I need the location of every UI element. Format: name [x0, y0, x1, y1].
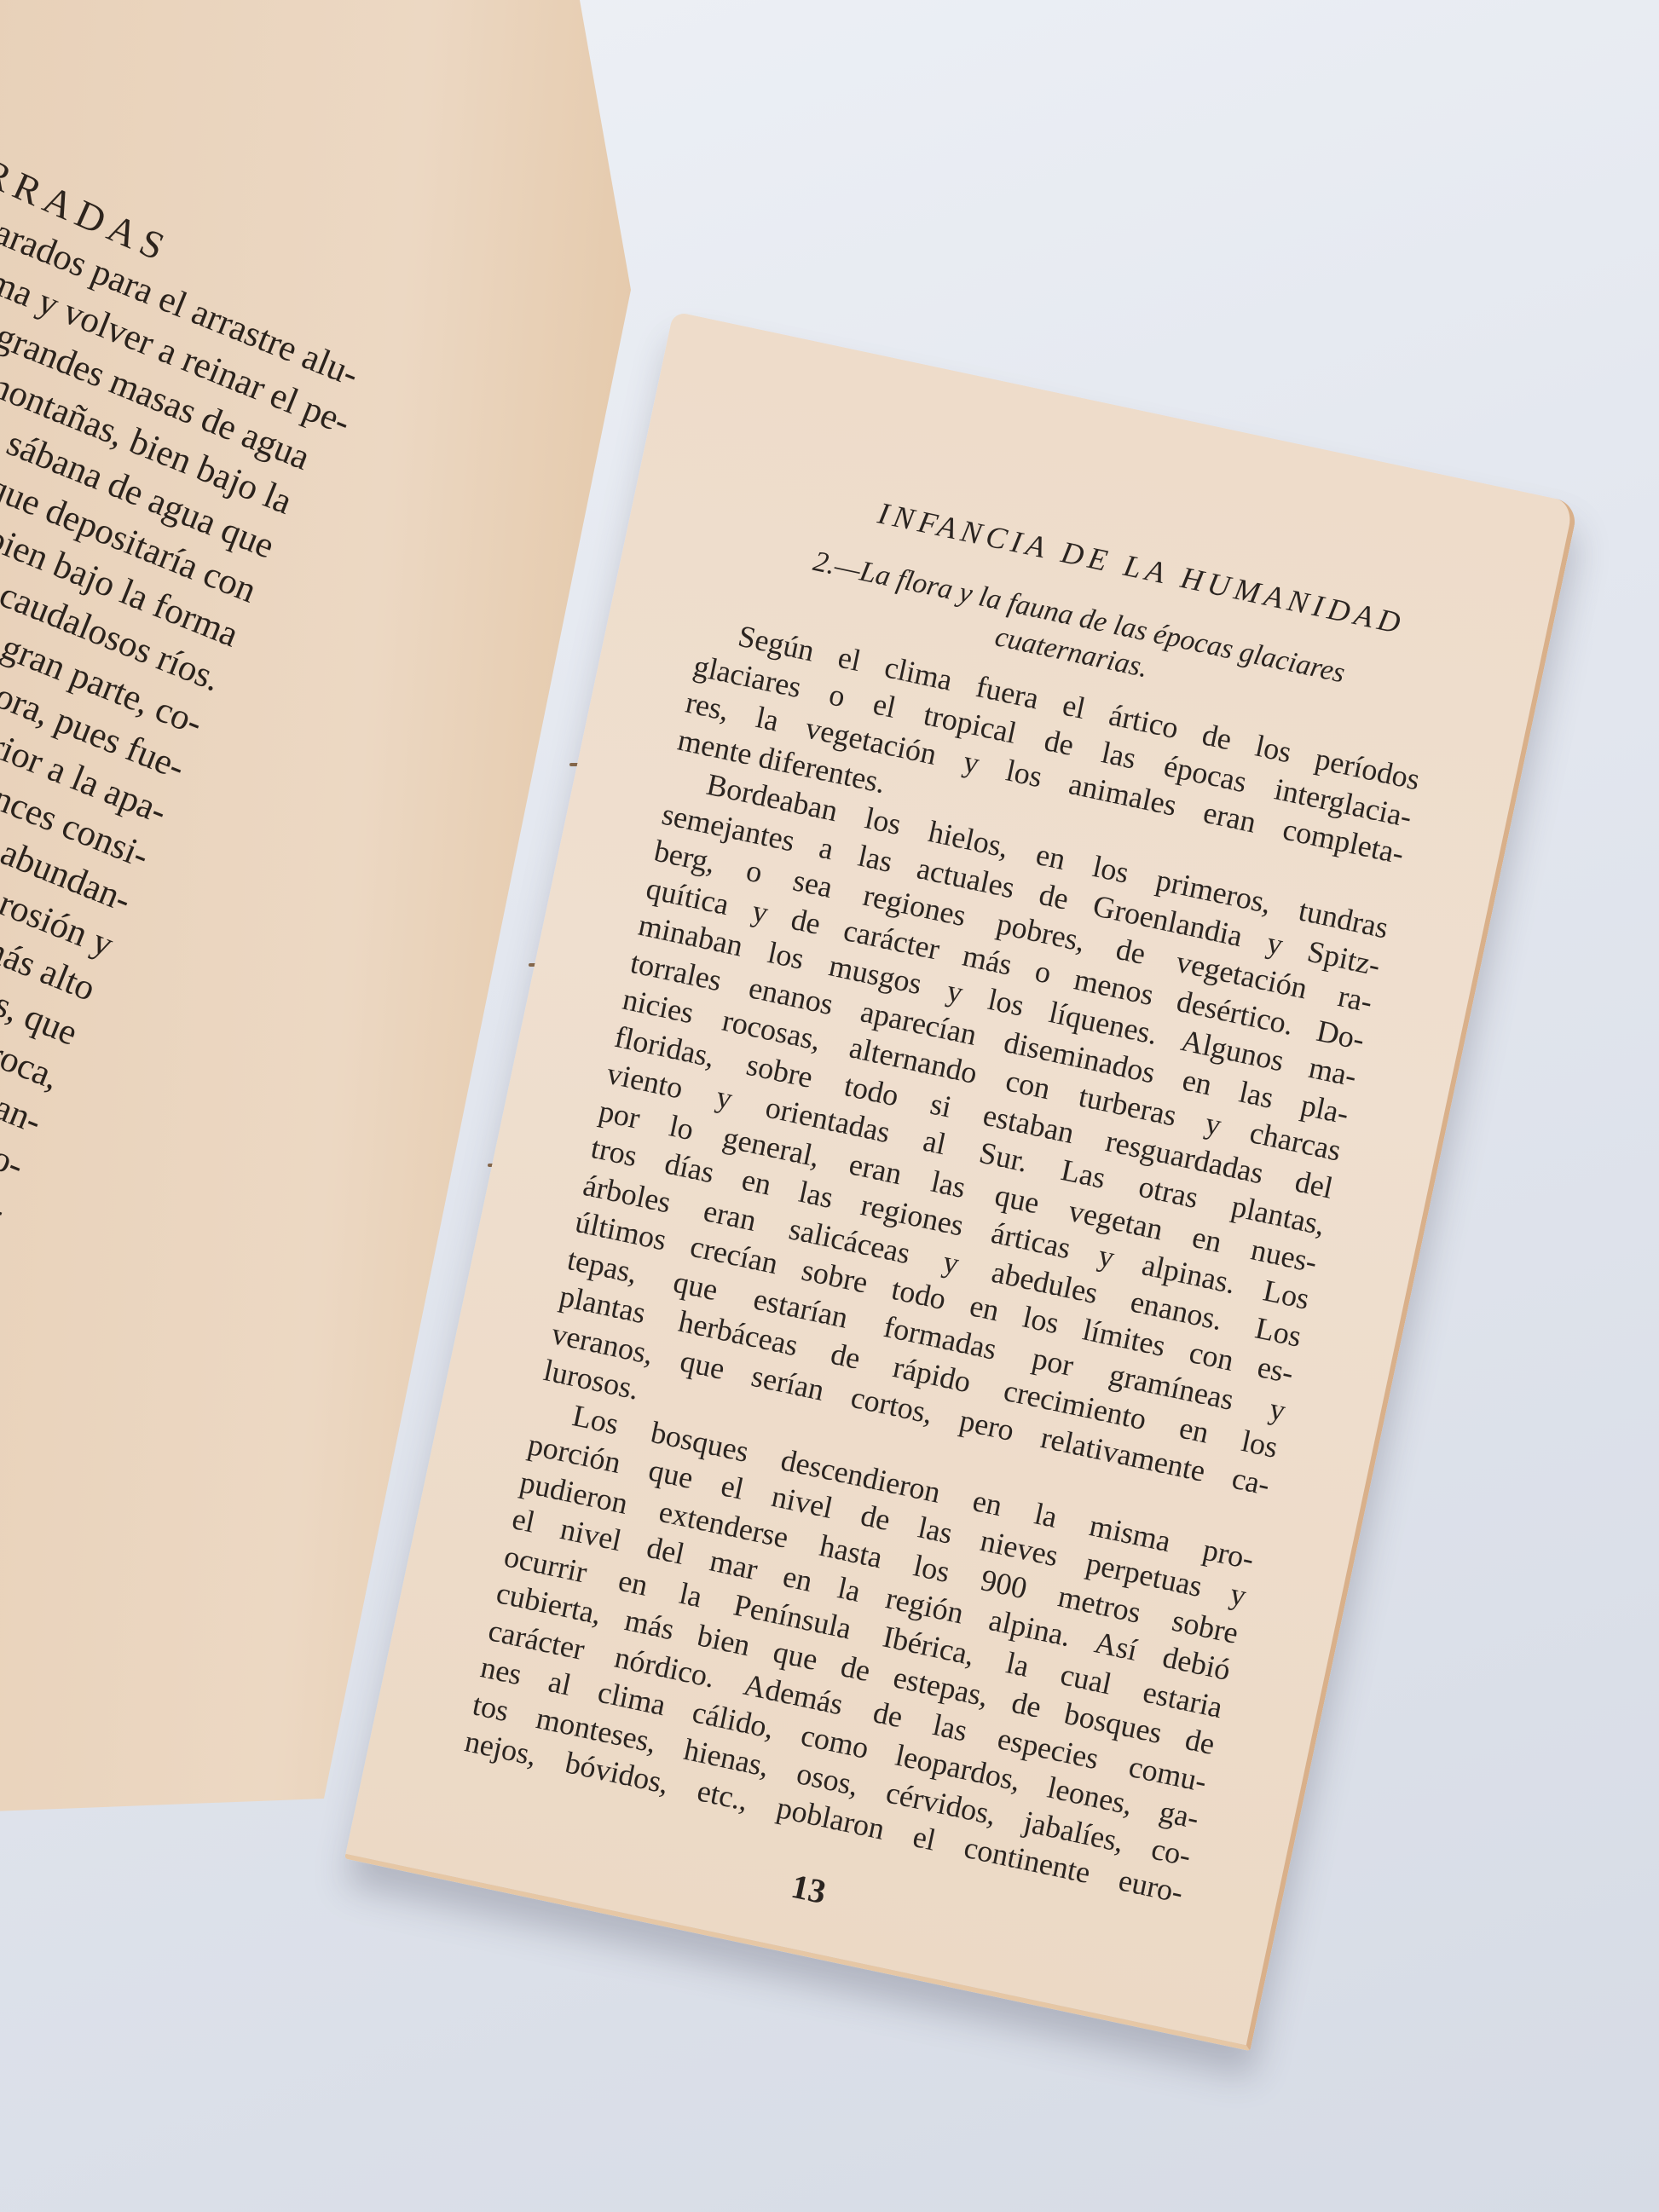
- body-text: Según el clima fuera el ártico de los pe…: [461, 609, 1423, 1912]
- left-page-text: ueltos, preparados para el arrastre alu-…: [0, 145, 352, 1632]
- right-page-content: INFANCIA DE LA HUMANIDAD 2.—La flora y l…: [446, 464, 1454, 1984]
